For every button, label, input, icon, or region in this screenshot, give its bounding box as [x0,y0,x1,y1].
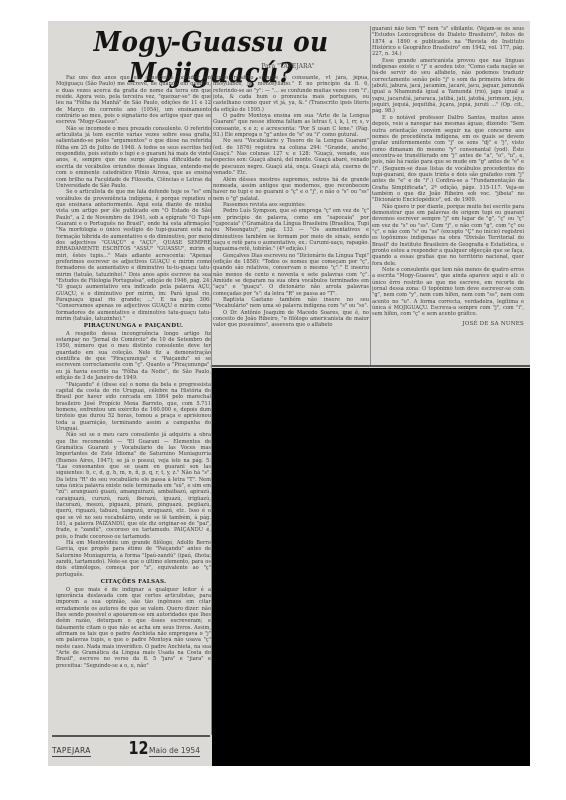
paragraph: Pedro Luís Sympson, que só emprega "ç" e… [213,208,369,252]
paragraph: O padre Montoya ensina em sua "Arte de l… [213,113,369,138]
section-heading: CITAÇÕES FALSAS. [56,579,211,585]
issue-date: Maio de 1954 [149,746,200,757]
paragraph: A respeito dessa incongruência longo art… [56,331,211,382]
paragraph: guarani não tem "f" nem "s" sibilante. (… [372,26,524,58]
column-divider [370,26,371,366]
paragraph: Note o consulente que tem não menos de q… [372,267,524,318]
paragraph: O Dr. Antônio Joaquim de Macedo Soares, … [213,310,369,329]
newspaper-page: Mogy-Guassu ou Mojiguaçú? Para "TAPEJARA… [48,21,530,766]
paragraph: Gonçalves Dias escreveu no "Dicionário d… [213,253,369,297]
paragraph: Esse grande americanista provou que nas … [372,58,524,115]
paragraph: No seu "Vocabulario y Tesoro de la Lengu… [213,138,369,176]
paragraph: sendo relativo sempre é consoante, vt já… [213,75,369,113]
publication-name: TAPEJARA [52,746,91,757]
section-rule [212,365,530,367]
paragraph: O que mais é de indignar a qualquer leit… [56,587,211,669]
paragraph: Não sei se o meu caro consulente já adqu… [56,432,211,540]
column-right: guarani não tem "f" nem "s" sibilante. (… [372,26,524,356]
paragraph: Além dêsses mestres supremos, outros há … [213,177,369,202]
paragraph: Faz uns dez anos que um consulente morad… [56,75,211,126]
column-left: Faz uns dez anos que um consulente morad… [56,75,211,735]
paragraph: Não se incomode o meu prezado consulente… [56,126,211,189]
article-byline: Para "TAPEJARA" [208,63,368,70]
section-heading: PIRAÇUNUNGA e PAIÇANDU. [56,323,211,329]
paragraph: E o notável professor Dalfro Santos, mui… [372,115,524,204]
paragraph: "Paiçandu" é (disse eu) o nome da bela e… [56,382,211,433]
paragraph: Baptista Caetano também não insere no se… [213,297,369,310]
paragraph: Não quero ir por diante, porque muito he… [372,204,524,267]
page-footer: TAPEJARA 12 Maio de 1954 [48,736,212,766]
author-signature: JOSÉ DE SA NUNES [372,321,524,327]
paragraph: Há em Montevidéu um grande filólogo, Ado… [56,540,211,578]
page-number: 12 [129,738,149,759]
redacted-region [212,368,530,766]
paragraph: Se o articulista de que me fala defende … [56,189,211,322]
column-middle: sendo relativo sempre é consoante, vt já… [213,75,369,365]
